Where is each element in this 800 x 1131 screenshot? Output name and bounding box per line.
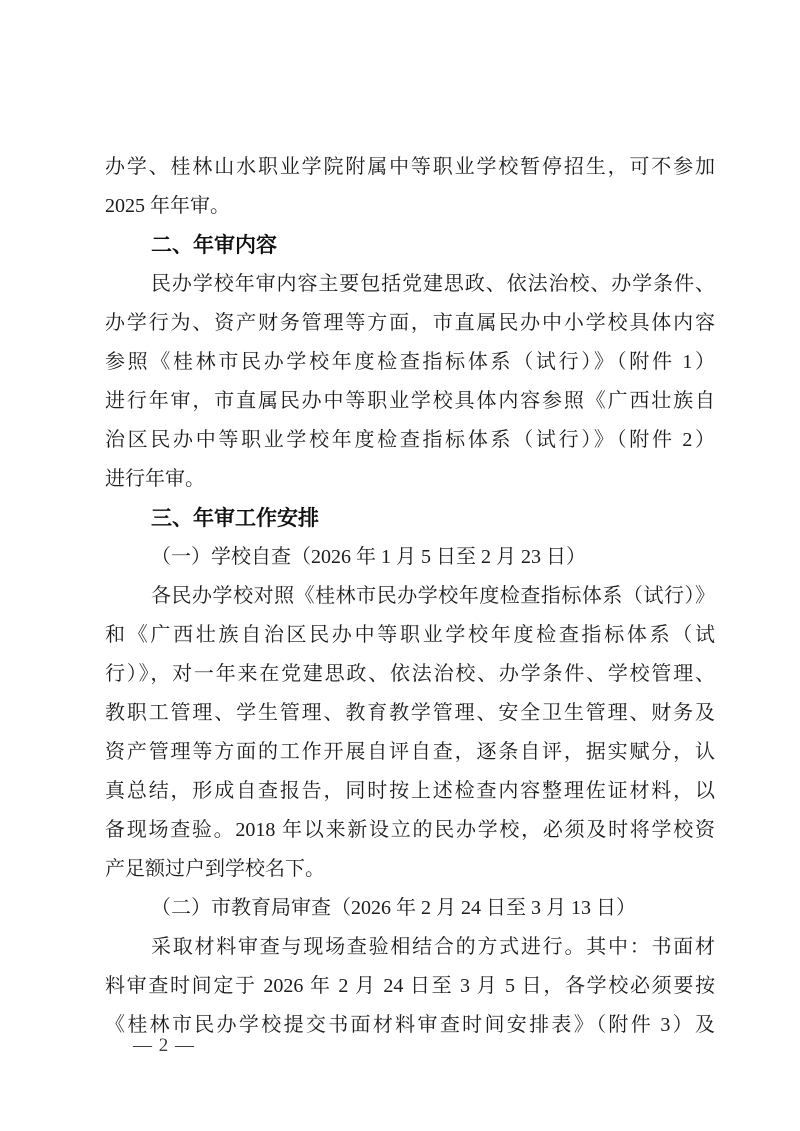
text-line: 进行年审，市直属民办中等职业学校具体内容参照《广西壮族自 bbox=[105, 382, 715, 421]
text-line: 行）》，对一年来在党建思政、依法治校、办学条件、学校管理、 bbox=[105, 655, 715, 694]
text-line: 各民办学校对照《桂林市民办学校年度检查指标体系（试行）》 bbox=[105, 577, 715, 616]
text-line: 三、年审工作安排 bbox=[105, 499, 715, 538]
text-line: 《桂林市民办学校提交书面材料审查时间安排表》（附件 3）及 bbox=[105, 1006, 715, 1045]
text-line: 2025 年年审。 bbox=[105, 187, 715, 226]
text-line: 资产管理等方面的工作开展自评自查，逐条自评，据实赋分，认 bbox=[105, 733, 715, 772]
text-line: （一）学校自查（2026 年 1 月 5 日至 2 月 23 日） bbox=[105, 538, 715, 577]
text-line: 备现场查验。2018 年以来新设立的民办学校，必须及时将学校资 bbox=[105, 811, 715, 850]
text-line: 二、年审内容 bbox=[105, 226, 715, 265]
document-body: 办学、桂林山水职业学院附属中等职业学校暂停招生，可不参加2025 年年审。二、年… bbox=[105, 148, 715, 1045]
text-line: 料审查时间定于 2026 年 2 月 24 日至 3 月 5 日，各学校必须要按 bbox=[105, 967, 715, 1006]
text-line: 参照《桂林市民办学校年度检查指标体系（试行）》（附件 1） bbox=[105, 343, 715, 382]
text-line: （二）市教育局审查（2026 年 2 月 24 日至 3 月 13 日） bbox=[105, 889, 715, 928]
text-line: 教职工管理、学生管理、教育教学管理、安全卫生管理、财务及 bbox=[105, 694, 715, 733]
text-line: 采取材料审查与现场查验相结合的方式进行。其中：书面材 bbox=[105, 928, 715, 967]
document-page: 办学、桂林山水职业学院附属中等职业学校暂停招生，可不参加2025 年年审。二、年… bbox=[0, 0, 800, 1131]
text-line: 和《广西壮族自治区民办中等职业学校年度检查指标体系（试 bbox=[105, 616, 715, 655]
page-number-footer: — 2 — bbox=[133, 1035, 195, 1057]
text-line: 产足额过户到学校名下。 bbox=[105, 850, 715, 889]
text-line: 真总结，形成自查报告，同时按上述检查内容整理佐证材料，以 bbox=[105, 772, 715, 811]
text-line: 办学、桂林山水职业学院附属中等职业学校暂停招生，可不参加 bbox=[105, 148, 715, 187]
text-line: 进行年审。 bbox=[105, 460, 715, 499]
text-line: 办学行为、资产财务管理等方面，市直属民办中小学校具体内容 bbox=[105, 304, 715, 343]
text-line: 治区民办中等职业学校年度检查指标体系（试行）》（附件 2） bbox=[105, 421, 715, 460]
text-line: 民办学校年审内容主要包括党建思政、依法治校、办学条件、 bbox=[105, 265, 715, 304]
